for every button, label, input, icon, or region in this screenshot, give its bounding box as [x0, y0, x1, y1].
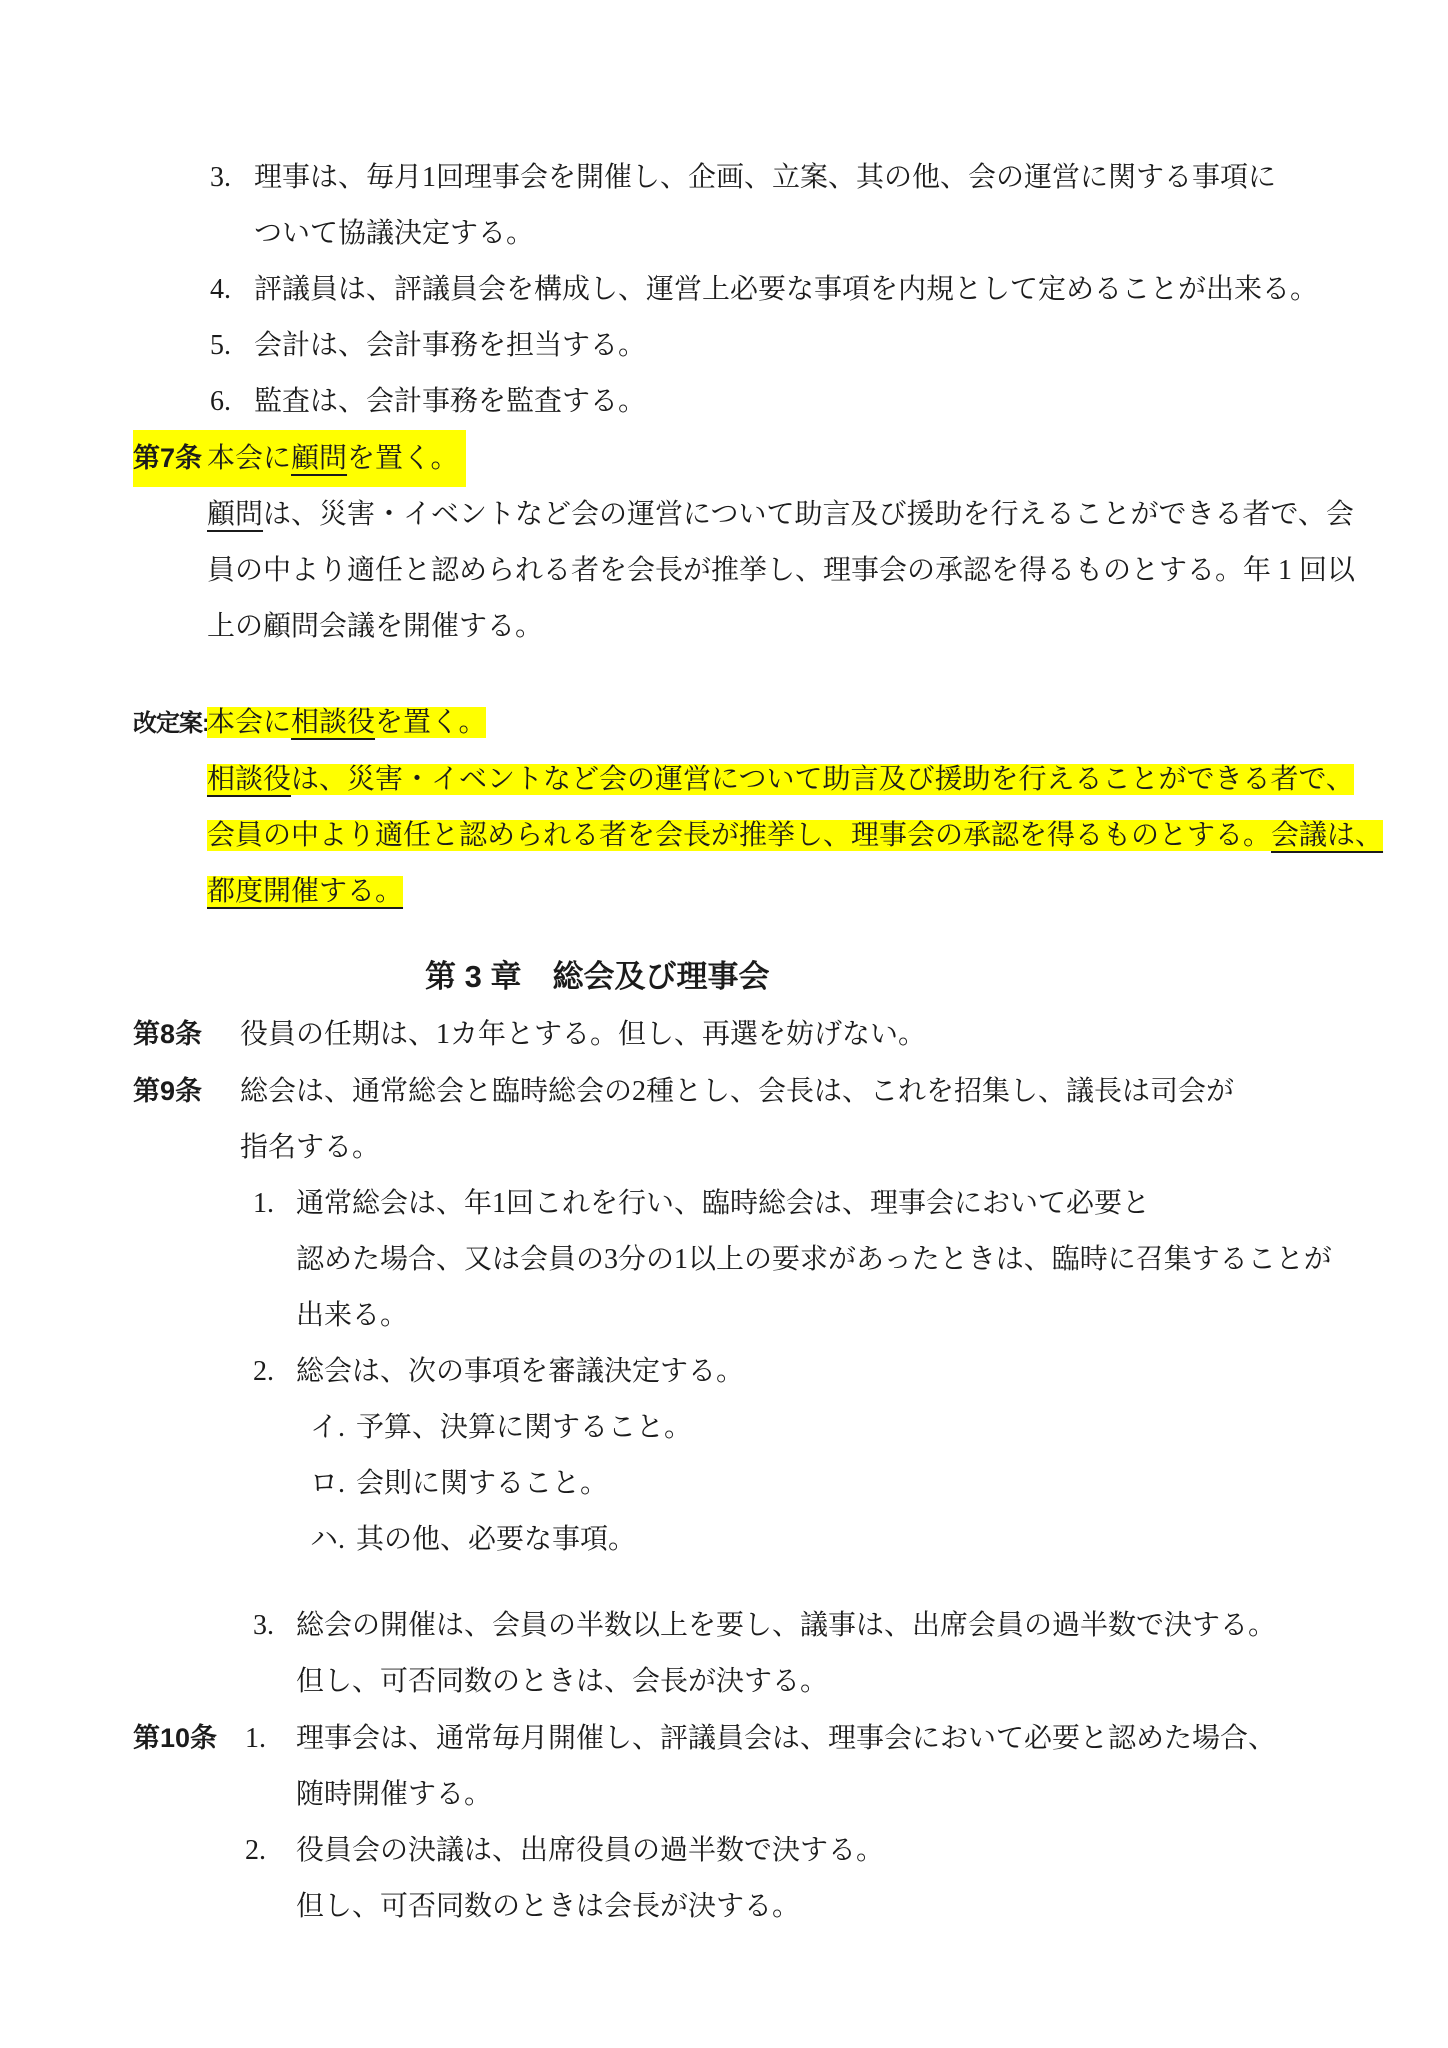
- article-10-row: 第10条1.理事会は、通常毎月開催し、評議員会は、理事会において必要と認めた場合…: [0, 1710, 1448, 1767]
- list-item-5-number: 5.: [210, 318, 254, 374]
- list-item-4: 4.評議員は、評議員会を構成し、運営上必要な事項を内規として定めることが出来る。: [0, 262, 1448, 318]
- list-item-5-text: 会計は、会計事務を担当する。: [254, 330, 646, 361]
- revision-line-1-underlined: 相談役: [207, 764, 291, 795]
- list-item-4-text: 評議員は、評議員会を構成し、運営上必要な事項を内規として定めることが出来る。: [254, 274, 1318, 305]
- document-page: 3.理事は、毎月1回理事会を開催し、企画、立案、其の他、会の運営に関する事項に …: [0, 0, 1448, 2048]
- revision-title-underlined: 相談役: [291, 707, 375, 738]
- revision-line-1-text: は、災害・イベントなど会の運営について助言及び援助を行えることができる者で、: [291, 764, 1354, 795]
- revision-title-pre: 本会に: [207, 707, 291, 738]
- article-10-item-2-line-2: 但し、可否同数のときは会長が決する。: [0, 1879, 1448, 1935]
- article-10-label: 第10条: [133, 1710, 245, 1766]
- article-9-item-3: 3.総会の開催は、会員の半数以上を要し、議事は、出席会員の過半数で決する。: [0, 1598, 1448, 1654]
- list-item-4-number: 4.: [210, 262, 254, 318]
- list-item-5: 5.会計は、会計事務を担当する。: [0, 318, 1448, 374]
- article-9-item-2-sub-ro: ロ.会則に関すること。: [0, 1456, 1448, 1512]
- article-8-text: 役員の任期は、1カ年とする。但し、再選を妨げない。: [240, 1019, 926, 1050]
- article-8-label: 第8条: [133, 1006, 240, 1062]
- article-9-text: 総会は、通常総会と臨時総会の2種とし、会長は、これを招集し、議長は司会が: [240, 1076, 1234, 1107]
- sub-ha-number: ハ.: [310, 1512, 356, 1568]
- revision-line-2-highlight: 会員の中より適任と認められる者を会長が推挙し、理事会の承認を得るものとする。会議…: [207, 820, 1383, 851]
- article-7-body-line-2: 員の中より適任と認められる者を会長が推挙し、理事会の承認を得るものとする。年 1…: [0, 543, 1448, 599]
- article-9-item-2-text: 総会は、次の事項を審議決定する。: [296, 1356, 744, 1387]
- article-9-item-3-text: 総会の開催は、会員の半数以上を要し、議事は、出席会員の過半数で決する。: [296, 1610, 1276, 1641]
- article-9-item-1-line-3: 出来る。: [0, 1288, 1448, 1344]
- article-9-item-2: 2.総会は、次の事項を審議決定する。: [0, 1344, 1448, 1400]
- revision-title-highlight: 本会に相談役を置く。: [207, 707, 486, 738]
- list-item-3-text: 理事は、毎月1回理事会を開催し、企画、立案、其の他、会の運営に関する事項に: [254, 162, 1276, 193]
- chapter-3-heading: 第 3 章 総会及び理事会: [0, 948, 1448, 1006]
- sub-ha-text: 其の他、必要な事項。: [356, 1524, 636, 1555]
- article-9-item-2-sub-i: イ.予算、決算に関すること。: [0, 1400, 1448, 1456]
- revision-title-row: 改定案:本会に相談役を置く。: [0, 695, 1448, 752]
- article-7-title-underlined: 顧問: [291, 443, 347, 474]
- article-7-title-post: を置く。: [347, 443, 458, 474]
- revision-line-2-text: 会員の中より適任と認められる者を会長が推挙し、理事会の承認を得るものとする。: [207, 820, 1271, 851]
- article-9-row: 第9条総会は、通常総会と臨時総会の2種とし、会長は、これを招集し、議長は司会が: [0, 1063, 1448, 1120]
- list-item-6-text: 監査は、会計事務を監査する。: [254, 386, 646, 417]
- article-9-item-3-line-2: 但し、可否同数のときは、会長が決する。: [0, 1654, 1448, 1710]
- article-9-item-1-number: 1.: [253, 1176, 296, 1232]
- article-7-highlight: 第7条本会に顧問を置く。: [133, 430, 466, 487]
- list-item-6: 6.監査は、会計事務を監査する。: [0, 374, 1448, 430]
- article-9-item-2-number: 2.: [253, 1344, 296, 1400]
- article-7-body-line-1: 顧問は、災害・イベントなど会の運営について助言及び援助を行えることができる者で、…: [0, 487, 1448, 543]
- document-content: 3.理事は、毎月1回理事会を開催し、企画、立案、其の他、会の運営に関する事項に …: [0, 0, 1448, 1935]
- article-9-item-3-number: 3.: [253, 1598, 296, 1654]
- article-7-body-line-1-text: は、災害・イベントなど会の運営について助言及び援助を行えることができる者で、会: [263, 499, 1354, 530]
- article-10-item-2-number: 2.: [245, 1823, 296, 1879]
- article-10-item-2: 2.役員会の決議は、出席役員の過半数で決する。: [0, 1823, 1448, 1879]
- revision-title-post: を置く。: [375, 707, 486, 738]
- revision-label: 改定案:: [133, 696, 207, 752]
- article-10-item-2-text: 役員会の決議は、出席役員の過半数で決する。: [296, 1835, 884, 1866]
- revision-body-line-1: 相談役は、災害・イベントなど会の運営について助言及び援助を行えることができる者で…: [0, 752, 1448, 808]
- article-8-row: 第8条役員の任期は、1カ年とする。但し、再選を妨げない。: [0, 1006, 1448, 1063]
- article-9-label: 第9条: [133, 1063, 240, 1119]
- article-10-item-1-text: 理事会は、通常毎月開催し、評議員会は、理事会において必要と認めた場合、: [296, 1723, 1276, 1754]
- article-7-body-line-3: 上の顧問会議を開催する。: [0, 599, 1448, 655]
- sub-ro-text: 会則に関すること。: [356, 1468, 608, 1499]
- sub-i-number: イ.: [310, 1400, 356, 1456]
- revision-body-line-3: 都度開催する。: [0, 864, 1448, 920]
- article-9-item-1-text: 通常総会は、年1回これを行い、臨時総会は、理事会において必要と: [296, 1188, 1150, 1219]
- article-7-label: 第7条: [133, 430, 207, 486]
- article-7-title-pre: 本会に: [207, 443, 291, 474]
- article-7-title-row: 第7条本会に顧問を置く。: [0, 430, 1448, 487]
- list-item-6-number: 6.: [210, 374, 254, 430]
- list-item-3-continuation: ついて協議決定する。: [0, 206, 1448, 262]
- article-7-body-underlined: 顧問: [207, 499, 263, 530]
- revision-line-3-underlined: 都度開催する。: [207, 876, 403, 907]
- list-item-3: 3.理事は、毎月1回理事会を開催し、企画、立案、其の他、会の運営に関する事項に: [0, 150, 1448, 206]
- article-9-item-2-sub-ha: ハ.其の他、必要な事項。: [0, 1512, 1448, 1568]
- article-10-item-1-number: 1.: [245, 1711, 296, 1767]
- revision-body-line-2: 会員の中より適任と認められる者を会長が推挙し、理事会の承認を得るものとする。会議…: [0, 808, 1448, 864]
- revision-line-2-underlined: 会議は、: [1271, 820, 1383, 851]
- revision-line-1-highlight: 相談役は、災害・イベントなど会の運営について助言及び援助を行えることができる者で…: [207, 764, 1354, 795]
- article-9-item-1-line-2: 認めた場合、又は会員の3分の1以上の要求があったときは、臨時に召集することが: [0, 1232, 1448, 1288]
- sub-ro-number: ロ.: [310, 1456, 356, 1512]
- article-9-item-1: 1.通常総会は、年1回これを行い、臨時総会は、理事会において必要と: [0, 1176, 1448, 1232]
- revision-line-3-highlight: 都度開催する。: [207, 876, 403, 907]
- article-10-item-1-line-2: 随時開催する。: [0, 1767, 1448, 1823]
- sub-i-text: 予算、決算に関すること。: [356, 1412, 692, 1443]
- list-item-3-number: 3.: [210, 150, 254, 206]
- article-9-continuation: 指名する。: [0, 1120, 1448, 1176]
